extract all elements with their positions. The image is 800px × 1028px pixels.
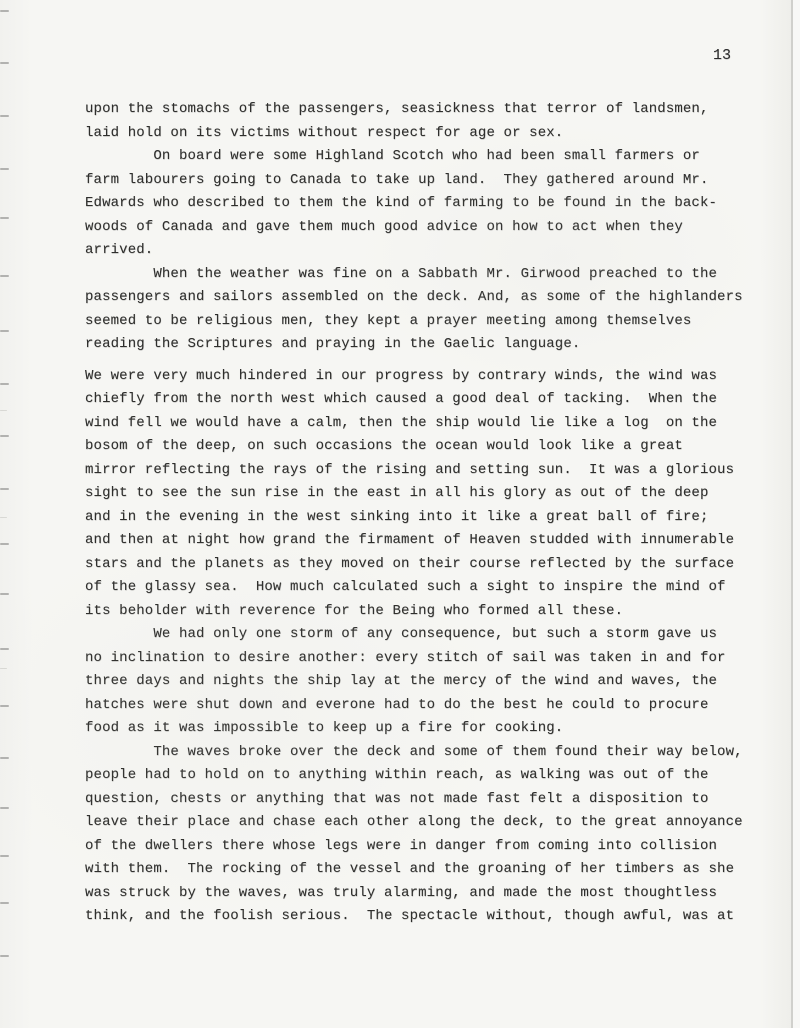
margin-tick [0,217,9,219]
margin-tick-faint [0,410,7,411]
margin-tick [0,543,9,545]
text-line: and then at night how grand the firmamen… [85,529,765,553]
margin-tick [0,955,9,957]
text-line: When the weather was fine on a Sabbath M… [85,263,765,287]
text-line: wind fell we would have a calm, then the… [85,412,765,436]
text-line: mirror reflecting the rays of the rising… [85,459,765,483]
text-line: people had to hold on to anything within… [85,764,765,788]
text-line: with them. The rocking of the vessel and… [85,858,765,882]
margin-tick [0,902,9,904]
text-line: of the dwellers there whose legs were in… [85,835,765,859]
margin-tick [0,275,9,277]
text-line: chiefly from the north west which caused… [85,388,765,412]
text-line: its beholder with reverence for the Bein… [85,600,765,624]
margin-tick [0,855,9,857]
text-line: upon the stomachs of the passengers, sea… [85,98,765,122]
text-line: three days and nights the ship lay at th… [85,670,765,694]
text-line: food as it was impossible to keep up a f… [85,717,765,741]
text-line: sight to see the sun rise in the east in… [85,482,765,506]
margin-tick [0,648,9,650]
text-line: arrived. [85,239,765,263]
text-line: We had only one storm of any consequence… [85,623,765,647]
text-line: think, and the foolish serious. The spec… [85,905,765,929]
margin-tick [0,115,9,117]
margin-tick [0,330,9,332]
text-line: leave their place and chase each other a… [85,811,765,835]
margin-tick [0,488,9,490]
margin-tick [0,168,9,170]
text-line: Edwards who described to them the kind o… [85,192,765,216]
text-line: bosom of the deep, on such occasions the… [85,435,765,459]
text-line: reading the Scriptures and praying in th… [85,333,765,357]
text-line: was struck by the waves, was truly alarm… [85,882,765,906]
text-line: laid hold on its victims without respect… [85,122,765,146]
margin-tick-faint [0,668,7,669]
margin-tick [0,383,9,385]
scan-edge-strip [793,0,800,1028]
text-line: of the glassy sea. How much calculated s… [85,576,765,600]
margin-tick [0,10,9,12]
text-line: stars and the planets as they moved on t… [85,553,765,577]
text-line: question, chests or anything that was no… [85,788,765,812]
text-line: On board were some Highland Scotch who h… [85,145,765,169]
margin-tick [0,435,9,437]
document-page: 13 upon the stomachs of the passengers, … [0,0,800,1028]
text-line: seemed to be religious men, they kept a … [85,310,765,334]
margin-tick [0,705,9,707]
text-line: woods of Canada and gave them much good … [85,216,765,240]
margin-tick [0,757,9,759]
scan-edge-line [791,0,793,1028]
text-line: and in the evening in the west sinking i… [85,506,765,530]
page-number: 13 [713,46,731,66]
text-line: hatches were shut down and everone had t… [85,694,765,718]
text-line: no inclination to desire another: every … [85,647,765,671]
document-text: upon the stomachs of the passengers, sea… [85,98,765,929]
margin-tick [0,62,9,64]
text-line: We were very much hindered in our progre… [85,365,765,389]
margin-tick-faint [0,517,7,518]
text-line: The waves broke over the deck and some o… [85,741,765,765]
text-line: passengers and sailors assembled on the … [85,286,765,310]
text-line: farm labourers going to Canada to take u… [85,169,765,193]
margin-tick [0,593,9,595]
margin-tick [0,807,9,809]
